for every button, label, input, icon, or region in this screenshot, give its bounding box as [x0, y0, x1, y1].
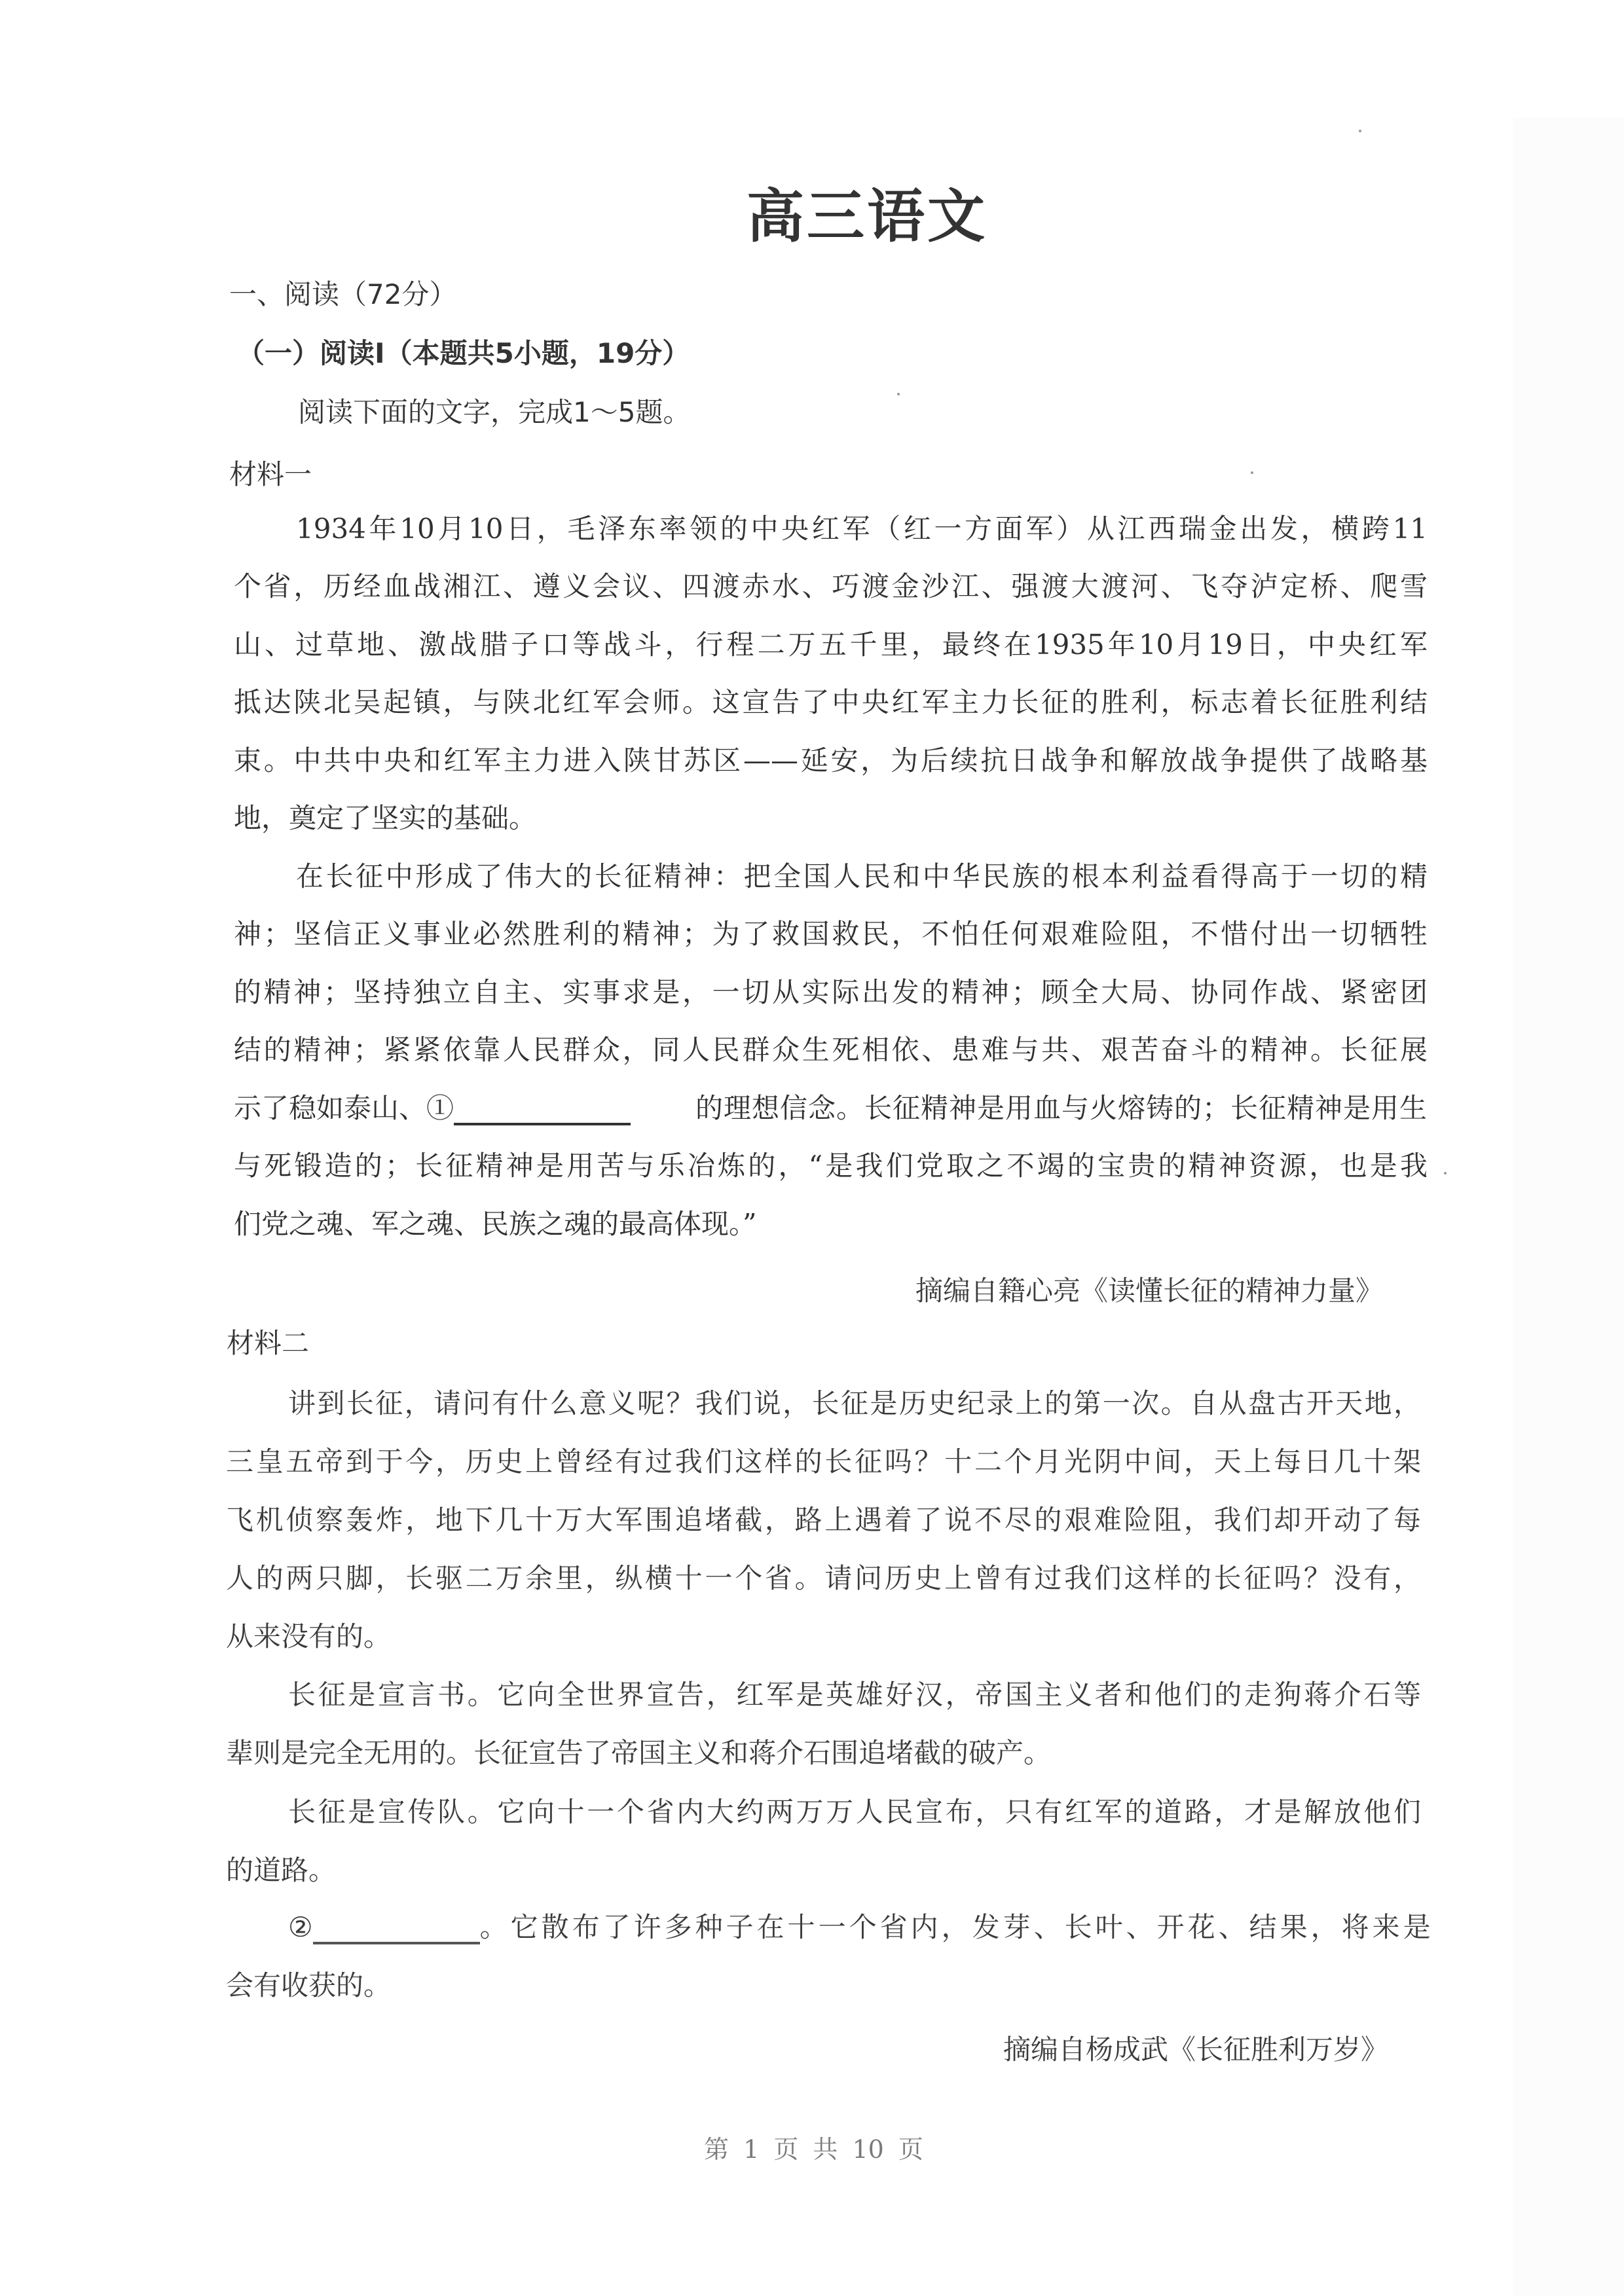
- text-line: 长征是宣传队。它向十一个省内大约两万万人民宣布，只有红军的道路，才是解放他们: [288, 1795, 1421, 1829]
- text-line: 抵达陕北吴起镇，与陕北红军会师。这宣告了中央红军主力长征的胜利，标志着长征胜利结: [234, 685, 1428, 720]
- answer-blank-1[interactable]: [454, 1097, 631, 1125]
- text-line: 结的精神；紧紧依靠人民群众，同人民群众生死相依、患难与共、艰苦奋斗的精神。长征展: [234, 1033, 1428, 1067]
- text-line: 辈则是完全无用的。长征宣告了帝国主义和蒋介石围追堵截的破产。: [226, 1736, 1421, 1770]
- fill-blank-line-1: 示了稳如泰山、① 的理想信念。长征精神是用血与火熔铸的；长征精神是用生: [234, 1091, 1428, 1125]
- text-line: 地，奠定了坚实的基础。: [234, 801, 1428, 835]
- material-two-label: 材料二: [227, 1326, 309, 1360]
- text-line: 束。中共中央和红军主力进入陕甘苏区——延安，为后续抗日战争和解放战争提供了战略基: [234, 744, 1428, 778]
- text-line: 山、过草地、激战腊子口等战斗，行程二万五千里，最终在1935年10月19日，中央…: [234, 628, 1428, 662]
- text-line: 从来没有的。: [226, 1620, 1421, 1654]
- material-one-attribution: 摘编自籍心亮《读懂长征的精神力量》: [915, 1274, 1383, 1308]
- material-two-attribution: 摘编自杨成武《长征胜利万岁》: [1003, 2033, 1388, 2067]
- text-line: 个省，历经血战湘江、遵义会议、四渡赤水、巧渡金沙江、强渡大渡河、飞夺泸定桥、爬雪: [234, 570, 1428, 604]
- page-number: 第 1 页 共 10 页: [704, 2133, 923, 2166]
- text-line: 的精神；坚持独立自主、实事求是，一切从实际出发的精神；顾全大局、协同作战、紧密团: [234, 975, 1428, 1010]
- scan-edge-shade: [1513, 118, 1624, 2296]
- material-one-label: 材料一: [229, 458, 312, 492]
- fill-blank-line-2: ② 。它散布了许多种子在十一个省内，发芽、长叶、开花、结果，将来是: [288, 1910, 1421, 1944]
- text-line: 人的两只脚，长驱二万余里，纵横十一个省。请问历史上曾有过我们这样的长征吗？没有，: [226, 1561, 1421, 1595]
- text-before-blank: 示了稳如泰山、①: [234, 1091, 454, 1125]
- text-before-blank: ②: [288, 1910, 313, 1944]
- text-after-blank: 。它散布了许多种子在十一个省内，发芽、长叶、开花、结果，将来是: [480, 1910, 1434, 1944]
- page-title: 高三语文: [0, 181, 1624, 253]
- text-after-blank: 的理想信念。长征精神是用血与火熔铸的；长征精神是用生: [695, 1091, 1428, 1125]
- text-line: 与死锻造的；长征精神是用苦与乐冶炼的，“是我们党取之不竭的宝贵的精神资源，也是我: [234, 1149, 1428, 1183]
- subsection-heading: （一）阅读Ⅰ（本题共5小题，19分）: [237, 337, 690, 371]
- text-line: 会有收获的。: [226, 1969, 1421, 2003]
- instruction-text: 阅读下面的文字，完成1～5题。: [298, 395, 690, 429]
- text-line: 们党之魂、军之魂、民族之魂的最高体现。”: [234, 1207, 1428, 1241]
- scan-speck: [1359, 130, 1361, 132]
- text-line: 讲到长征，请问有什么意义呢？我们说，长征是历史纪录上的第一次。自从盘古开天地，: [288, 1387, 1421, 1421]
- scan-speck: [1251, 471, 1253, 474]
- text-line: 在长征中形成了伟大的长征精神：把全国人民和中华民族的根本利益看得高于一切的精: [296, 860, 1428, 894]
- text-line: 飞机侦察轰炸，地下几十万大军围追堵截，路上遇着了说不尽的艰难险阻，我们却开动了每: [226, 1503, 1421, 1537]
- text-line: 长征是宣言书。它向全世界宣告，红军是英雄好汉，帝国主义者和他们的走狗蒋介石等: [288, 1678, 1421, 1712]
- scan-speck: [897, 393, 900, 395]
- answer-blank-2[interactable]: [313, 1916, 480, 1944]
- text-line: 神；坚信正义事业必然胜利的精神；为了救国救民，不怕任何艰难险阻，不惜付出一切牺牲: [234, 917, 1428, 951]
- text-line: 三皇五帝到于今，历史上曾经有过我们这样的长征吗？十二个月光阴中间，天上每日几十架: [226, 1445, 1421, 1479]
- scan-speck: [1444, 1172, 1447, 1175]
- text-line: 1934年10月10日，毛泽东率领的中央红军（红一方面军）从江西瑞金出发，横跨1…: [296, 512, 1428, 546]
- text-line: 的道路。: [226, 1853, 1421, 1887]
- section-heading: 一、阅读（72分）: [229, 278, 456, 312]
